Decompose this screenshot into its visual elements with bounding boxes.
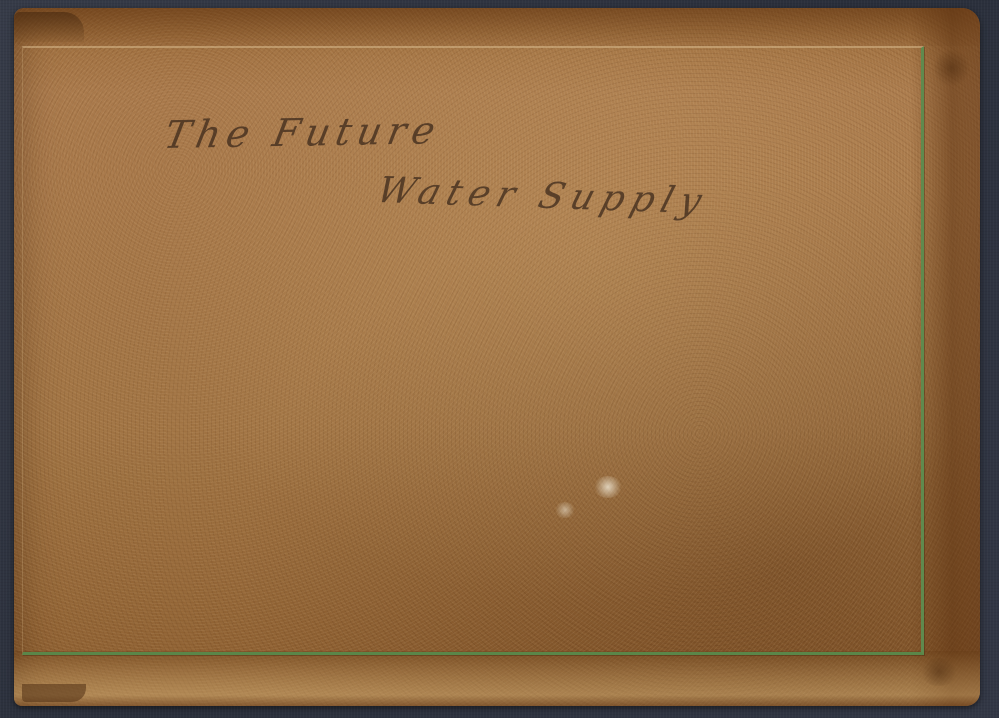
scuff-mark	[594, 476, 622, 498]
suede-book-cover	[14, 8, 980, 706]
scuff-mark	[555, 502, 575, 518]
handwritten-title-line-1: The Future	[161, 108, 445, 157]
cover-bottom-edge	[14, 651, 980, 706]
tooled-border-frame	[22, 46, 924, 655]
stain-mark	[919, 658, 959, 686]
frayed-corner-bottom-left	[22, 684, 86, 702]
frayed-corner-top-left	[14, 12, 84, 42]
stain-mark	[934, 48, 969, 88]
cover-top-edge	[14, 8, 980, 46]
